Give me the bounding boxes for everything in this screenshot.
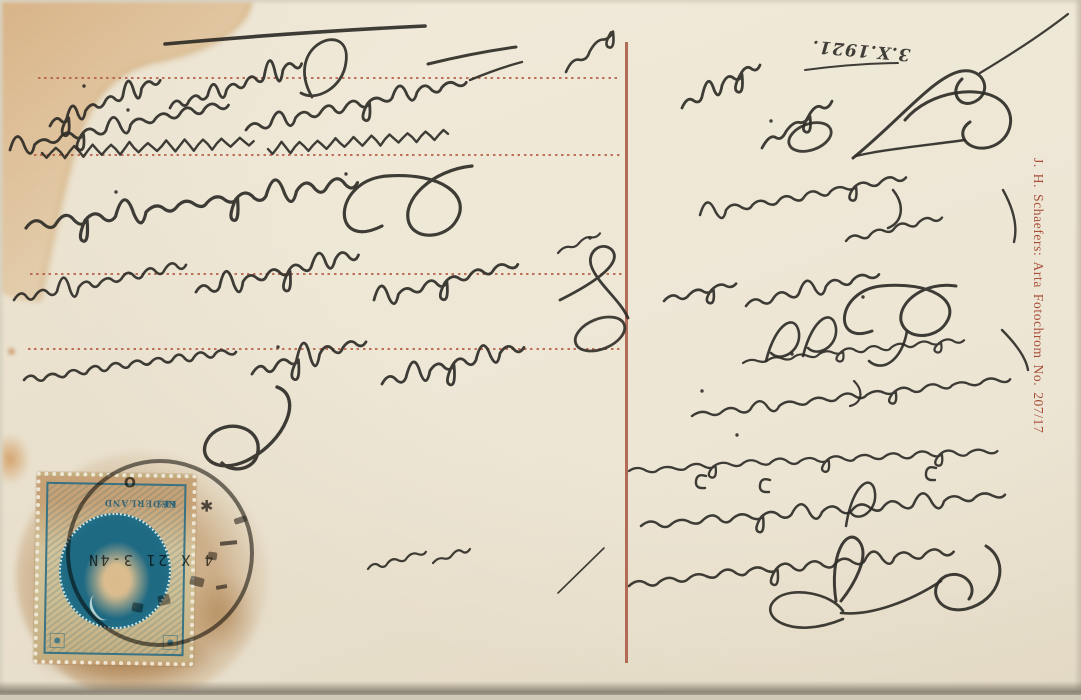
handwriting-stroke	[980, 14, 1068, 73]
handwriting-stroke	[629, 549, 954, 586]
handwriting-stroke	[769, 119, 772, 122]
handwriting-stroke	[246, 82, 466, 130]
handwriting-stroke	[1002, 330, 1028, 370]
handwriting-stroke	[276, 345, 279, 348]
handwriting-stroke	[692, 378, 1010, 416]
handwriting-stroke	[10, 104, 229, 154]
handwriting-stroke	[641, 493, 1005, 532]
handwriting-stroke	[664, 284, 736, 304]
handwriting-stroke	[126, 108, 129, 111]
handwriting-stroke	[760, 479, 770, 492]
handwriting-stroke	[682, 65, 760, 108]
handwriting-stroke	[50, 80, 160, 135]
handwriting-stroke	[869, 331, 907, 366]
handwriting-stroke	[770, 592, 843, 627]
handwriting-stroke	[746, 274, 879, 306]
card-edge-top	[0, 0, 1081, 5]
card-edge-bottom	[0, 695, 1081, 700]
handwriting-stroke	[268, 130, 448, 154]
handwriting-stroke	[170, 61, 302, 108]
handwriting-stroke	[382, 345, 524, 384]
handwriting-stroke	[735, 433, 738, 436]
handwriting-stroke	[926, 467, 936, 480]
handwriting-stroke	[252, 341, 366, 379]
handwriting-stroke	[841, 581, 941, 613]
handwriting-stroke	[570, 310, 629, 357]
handwriting-stroke	[700, 389, 703, 392]
handwriting-stroke	[344, 172, 347, 175]
handwriting-stroke	[696, 475, 706, 488]
handwriting-stroke	[560, 246, 628, 318]
handwriting-stroke	[790, 352, 793, 355]
handwriting-stroke	[165, 26, 425, 44]
handwriting-stroke	[433, 549, 470, 563]
postcard-back: J. H. Schaefers: Arta Fotochrom No. 207/…	[0, 0, 1081, 700]
handwriting-stroke	[368, 552, 426, 569]
handwriting-stroke	[24, 350, 236, 380]
handwriting-stroke	[743, 339, 964, 363]
handwriting-stroke	[566, 32, 614, 72]
handwriting-stroke	[374, 264, 518, 303]
card-edge-shadow	[0, 681, 1081, 695]
handwriting-stroke	[762, 101, 832, 148]
handwriting-stroke	[26, 179, 358, 241]
handwriting-stroke	[344, 166, 472, 235]
handwriting-stroke	[1003, 190, 1015, 242]
handwriting-stroke	[114, 190, 117, 193]
handwriting-stroke	[558, 548, 604, 593]
handwriting-stroke	[82, 84, 85, 87]
handwriting-stroke	[861, 295, 864, 298]
card-edge-right	[1074, 0, 1081, 700]
handwriting-stroke	[470, 62, 522, 80]
handwriting-layer	[0, 0, 1081, 700]
handwriting-stroke	[629, 450, 997, 478]
handwriting-stroke	[196, 253, 359, 292]
handwriting-stroke	[588, 236, 591, 239]
card-edge-left	[0, 0, 5, 700]
handwriting-stroke	[846, 218, 942, 241]
handwriting-stroke	[803, 317, 836, 356]
handwriting-stroke	[834, 537, 863, 601]
handwriting-stroke	[428, 47, 516, 64]
handwriting-stroke	[42, 138, 254, 158]
handwriting-stroke	[805, 63, 898, 70]
handwriting-stroke	[204, 387, 289, 469]
handwriting-stroke	[14, 263, 186, 300]
handwriting-stroke	[301, 40, 346, 97]
handwriting-stroke	[766, 322, 799, 361]
handwriting-stroke	[888, 190, 901, 228]
handwriting-stroke	[844, 285, 956, 335]
handwriting-stroke	[700, 177, 906, 218]
